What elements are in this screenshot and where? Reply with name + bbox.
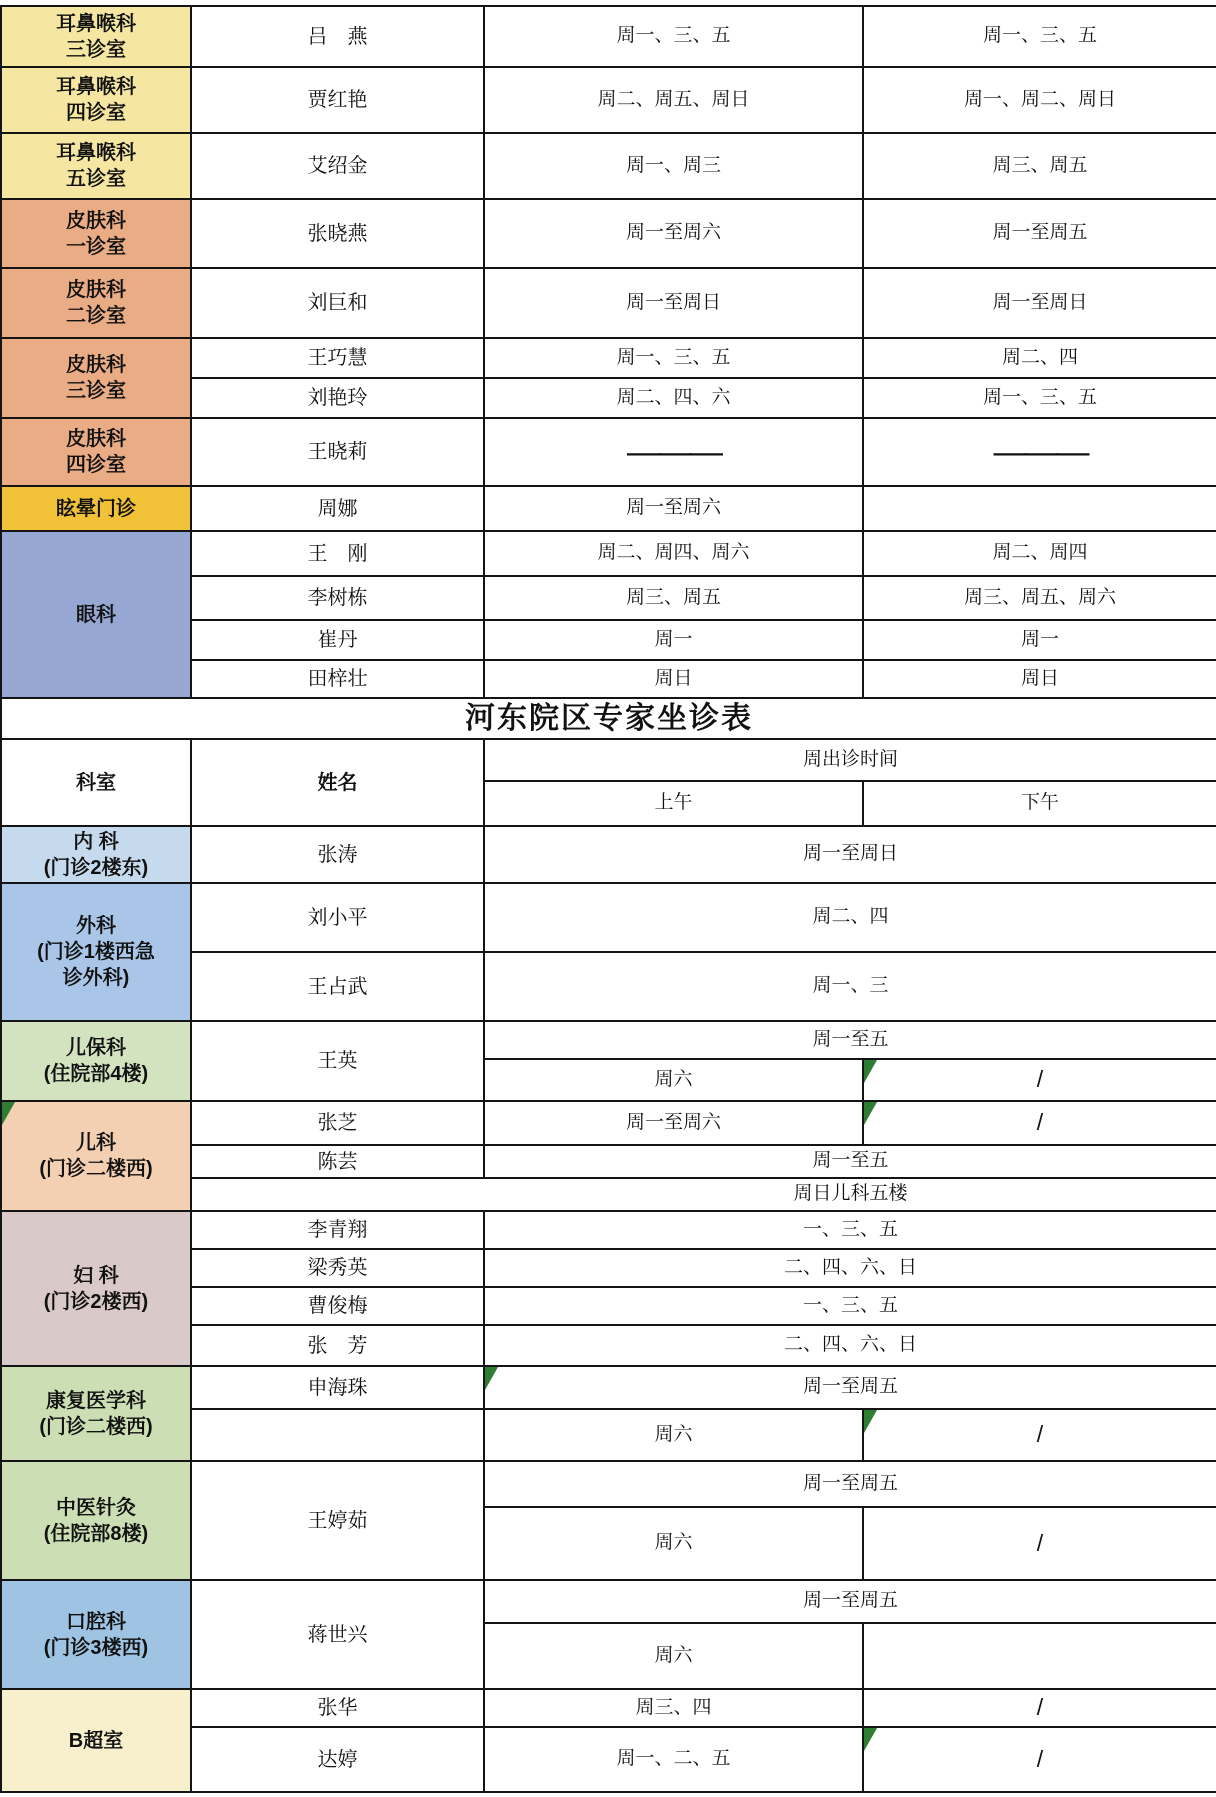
full-day-schedule-cell: 二、四、六、日 [484,1325,1216,1366]
slash-mark: / [1037,1530,1043,1556]
am-schedule-cell: 周一、三、五 [484,338,863,378]
dept-cell: 耳鼻喉科 五诊室 [1,133,191,199]
full-day-schedule-cell: 周一至周日 [484,826,1216,883]
am-schedule-cell: 周一 [484,620,863,660]
dept-cell: 皮肤科 四诊室 [1,418,191,486]
doctor-name-cell: 李青翔 [191,1211,484,1249]
dash-line: ——— [994,433,1087,471]
full-day-schedule-cell: 一、三、五 [484,1287,1216,1325]
am-schedule-cell: 周二、四、六 [484,378,863,418]
pm-schedule-cell: 周三、周五、周六 [863,576,1216,620]
pm-schedule-cell: / [863,1059,1216,1101]
pm-schedule-cell: 周二、四 [863,338,1216,378]
am-schedule-cell: 周三、四 [484,1689,863,1727]
dept-cell: 皮肤科 三诊室 [1,338,191,418]
pm-schedule-cell [863,1623,1216,1689]
dept-cell: 内 科 (门诊2楼东) [1,826,191,883]
am-schedule-cell: 周二、周五、周日 [484,67,863,133]
doctor-name-cell: 王婷茹 [191,1461,484,1580]
doctor-name-cell: 申海珠 [191,1366,484,1409]
dept-cell: 儿科 (门诊二楼西) [1,1101,191,1211]
header-name: 姓名 [191,739,484,826]
doctor-name-cell: 艾绍金 [191,133,484,199]
doctor-name-cell: 达婷 [191,1727,484,1792]
doctor-name-cell: 蒋世兴 [191,1580,484,1689]
doctor-name-cell: 李树栋 [191,576,484,620]
doctor-name-cell: 王巧慧 [191,338,484,378]
schedule-table-hedong: 河东院区专家坐诊表 科室 姓名 周出诊时间 上午 下午 内 科 (门诊2楼东) … [0,697,1216,1793]
pm-schedule-cell: 周一至周日 [863,268,1216,338]
slash-mark: / [1037,1746,1043,1772]
pm-schedule-cell: / [863,1689,1216,1727]
doctor-name-cell: 田梓壮 [191,660,484,698]
dept-cell: 眩晕门诊 [1,486,191,531]
pm-schedule-cell: ——— [863,418,1216,486]
slash-mark: / [1037,1421,1043,1447]
am-schedule-cell: ——— [484,418,863,486]
dept-cell: 中医针灸 (住院部8楼) [1,1461,191,1580]
pm-schedule-cell: 周二、周四 [863,531,1216,576]
am-schedule-cell: 周六 [484,1059,863,1101]
am-schedule-cell: 周一、三、五 [484,6,863,67]
slash-mark: / [1037,1109,1043,1135]
pm-schedule-cell: 周一、三、五 [863,378,1216,418]
full-day-schedule-cell: 一、三、五 [484,1211,1216,1249]
pm-schedule-cell: 周一至周五 [863,199,1216,268]
full-day-schedule-cell: 周一至周五 [484,1461,1216,1507]
table-title: 河东院区专家坐诊表 [1,698,1216,739]
dept-cell: 妇 科 (门诊2楼西) [1,1211,191,1366]
header-dept: 科室 [1,739,191,826]
pm-schedule-cell: / [863,1507,1216,1580]
am-schedule-cell: 周三、周五 [484,576,863,620]
note-triangle-icon [864,1060,877,1083]
full-day-schedule-cell: 周一、三 [484,952,1216,1021]
doctor-name-cell: 张 芳 [191,1325,484,1366]
full-day-schedule-cell: 周一至五 [484,1021,1216,1059]
header-visit-time: 周出诊时间 [484,739,1216,781]
full-day-schedule-cell: 周二、四 [484,883,1216,952]
am-schedule-cell: 周六 [484,1623,863,1689]
note-triangle-icon [864,1410,877,1433]
pm-schedule-cell: 周三、周五 [863,133,1216,199]
doctor-name-cell: 周娜 [191,486,484,531]
doctor-name-cell: 张涛 [191,826,484,883]
dept-cell: 眼科 [1,531,191,698]
header-pm: 下午 [863,781,1216,826]
doctor-name-cell: 王英 [191,1021,484,1101]
doctor-name-cell: 曹俊梅 [191,1287,484,1325]
doctor-name-cell: 梁秀英 [191,1249,484,1287]
sunday-note-cell: 周日儿科五楼 [191,1178,1216,1211]
pm-schedule-cell: / [863,1727,1216,1792]
doctor-name-cell: 张芝 [191,1101,484,1145]
am-schedule-cell: 周六 [484,1409,863,1461]
am-schedule-cell: 周六 [484,1507,863,1580]
dept-cell: 耳鼻喉科 四诊室 [1,67,191,133]
schedule-table-top: 耳鼻喉科 三诊室 吕 燕 周一、三、五 周一、三、五 耳鼻喉科 四诊室 贾红艳 … [0,5,1216,699]
dept-cell: 康复医学科 (门诊二楼西) [1,1366,191,1461]
full-day-schedule-cell: 周一至周五 [484,1366,1216,1409]
dept-cell: 外科 (门诊1楼西急 诊外科) [1,883,191,1021]
note-triangle-icon [864,1102,877,1125]
doctor-name-cell: 崔丹 [191,620,484,660]
doctor-name-cell: 贾红艳 [191,67,484,133]
doctor-name-cell: 王占武 [191,952,484,1021]
am-schedule-cell: 周一、二、五 [484,1727,863,1792]
am-schedule-cell: 周一至周六 [484,199,863,268]
note-triangle-icon [485,1367,498,1390]
pm-schedule-cell [863,486,1216,531]
full-day-schedule-cell: 周一至周五 [484,1580,1216,1623]
dept-cell: 皮肤科 一诊室 [1,199,191,268]
dept-cell: B超室 [1,1689,191,1792]
am-schedule-cell: 周一至周日 [484,268,863,338]
am-schedule-cell: 周二、周四、周六 [484,531,863,576]
am-schedule-cell: 周一、周三 [484,133,863,199]
note-triangle-icon [864,1728,877,1751]
dept-cell: 口腔科 (门诊3楼西) [1,1580,191,1689]
doctor-name-cell: 张华 [191,1689,484,1727]
doctor-name-cell: 王晓莉 [191,418,484,486]
dept-cell: 儿保科 (住院部4楼) [1,1021,191,1101]
am-schedule-cell: 周一至周六 [484,486,863,531]
dept-cell: 皮肤科 二诊室 [1,268,191,338]
doctor-name-cell: 刘艳玲 [191,378,484,418]
slash-mark: / [1037,1694,1043,1720]
doctor-name-cell: 刘巨和 [191,268,484,338]
slash-mark: / [1037,1066,1043,1092]
pm-schedule-cell: / [863,1101,1216,1145]
header-am: 上午 [484,781,863,826]
doctor-name-cell: 王 刚 [191,531,484,576]
pm-schedule-cell: 周一、三、五 [863,6,1216,67]
doctor-name-cell: 刘小平 [191,883,484,952]
pm-schedule-cell: 周日 [863,660,1216,698]
doctor-name-cell [191,1409,484,1461]
dash-line: ——— [627,433,720,471]
doctor-name-cell: 张晓燕 [191,199,484,268]
pm-schedule-cell: 周一 [863,620,1216,660]
dept-cell: 耳鼻喉科 三诊室 [1,6,191,67]
full-day-schedule-cell: 二、四、六、日 [484,1249,1216,1287]
full-day-schedule-cell: 周一至五 [484,1145,1216,1178]
pm-schedule-cell: / [863,1409,1216,1461]
note-triangle-icon [2,1102,15,1125]
pm-schedule-cell: 周一、周二、周日 [863,67,1216,133]
doctor-name-cell: 陈芸 [191,1145,484,1178]
am-schedule-cell: 周一至周六 [484,1101,863,1145]
am-schedule-cell: 周日 [484,660,863,698]
doctor-name-cell: 吕 燕 [191,6,484,67]
